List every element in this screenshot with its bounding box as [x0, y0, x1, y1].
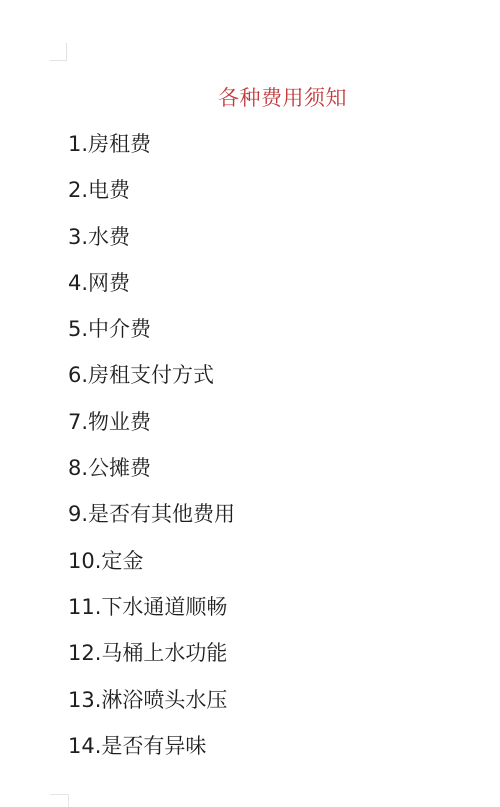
page-corner-mark-top: [50, 43, 67, 61]
list-item: 13.淋浴喷头水压: [68, 685, 235, 731]
list-item: 3.水费: [68, 222, 235, 268]
list-item: 6.房租支付方式: [68, 360, 235, 406]
list-item: 5.中介费: [68, 314, 235, 360]
page-corner-mark-bottom: [50, 794, 69, 807]
list-item: 12.马桶上水功能: [68, 638, 235, 684]
list-item: 10.定金: [68, 546, 235, 592]
document-title: 各种费用须知: [218, 82, 347, 112]
list-item: 7.物业费: [68, 407, 235, 453]
list-item: 1.房租费: [68, 129, 235, 175]
list-item: 4.网费: [68, 268, 235, 314]
list-item: 14.是否有异味: [68, 731, 235, 777]
list-item: 11.下水通道顺畅: [68, 592, 235, 638]
list-item: 2.电费: [68, 175, 235, 221]
fee-checklist: 1.房租费 2.电费 3.水费 4.网费 5.中介费 6.房租支付方式 7.物业…: [68, 129, 235, 777]
list-item: 9.是否有其他费用: [68, 499, 235, 545]
list-item: 8.公摊费: [68, 453, 235, 499]
